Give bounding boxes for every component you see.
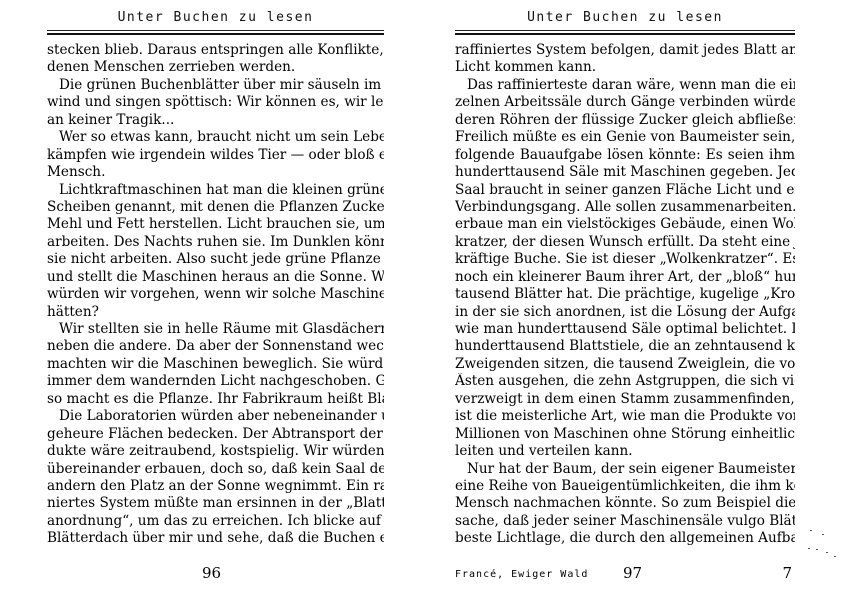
text-line: hunderttausend Blattstiele, die an zehnt…: [455, 338, 795, 355]
text-line: Saal braucht in seiner ganzen Fläche Lic…: [455, 182, 795, 199]
text-line: Zweigenden sitzen, die tausend Zweiglein…: [455, 356, 795, 373]
text-line: hunderttausend Säle mit Maschinen gegebe…: [455, 164, 795, 181]
text-line: wind und singen spöttisch: Wir können es…: [47, 94, 384, 111]
text-line: leiten und verteilen kann.: [455, 443, 795, 460]
header-rule: [47, 30, 384, 36]
text-line: sie nicht arbeiten. Also sucht jede grün…: [47, 251, 384, 268]
text-line: kämpfen wie irgendein wildes Tier — oder…: [47, 147, 384, 164]
text-line: Licht kommen kann.: [455, 59, 795, 76]
text-line: Mehl und Fett herstellen. Licht brauchen…: [47, 216, 384, 233]
right-page: Unter Buchen zu lesen raffiniertes Syste…: [455, 0, 795, 600]
text-line: so macht es die Pflanze. Ihr Fabrikraum …: [47, 391, 384, 408]
text-line: Nur hat der Baum, der sein eigener Baume…: [455, 461, 795, 478]
text-line: Wer so etwas kann, braucht nicht um sein…: [47, 129, 384, 146]
text-line: deren Röhren der flüssige Zucker gleich …: [455, 112, 795, 129]
text-line: dukte wäre zeitraubend, kostspielig. Wir…: [47, 443, 384, 460]
text-line: Millionen von Maschinen ohne Störung ein…: [455, 426, 795, 443]
text-line: Verbindungsgang. Alle sollen zusammenarb…: [455, 199, 795, 216]
text-line: wie man hunderttausend Säle optimal beli…: [455, 321, 795, 338]
text-line: kratzer, der diesen Wunsch erfüllt. Da s…: [455, 234, 795, 251]
text-line: hätten?: [47, 304, 384, 321]
left-page: Unter Buchen zu lesen stecken blieb. Dar…: [47, 0, 384, 600]
text-line: neben die andere. Da aber der Sonnenstan…: [47, 338, 384, 355]
text-line: an keiner Tragik...: [47, 112, 384, 129]
text-line: machten wir die Maschinen beweglich. Sie…: [47, 356, 384, 373]
text-line: tausend Blätter hat. Die prächtige, kuge…: [455, 286, 795, 303]
text-line: Das raffinierteste daran wäre, wenn man …: [455, 77, 795, 94]
text-line: erbaue man ein vielstöckiges Gebäude, ei…: [455, 216, 795, 233]
text-line: Mensch nachmachen könnte. So zum Beispie…: [455, 495, 795, 512]
text-line: Ästen ausgehen, die zehn Astgruppen, die…: [455, 373, 795, 390]
text-line: verzweigt in dem einen Stamm zusammenfin…: [455, 391, 795, 408]
text-line: folgende Bauaufgabe lösen könnte: Es sei…: [455, 147, 795, 164]
text-line: zelnen Arbeitssäle durch Gänge verbinden…: [455, 94, 795, 111]
signature-number: 7: [782, 564, 792, 582]
text-line: andern den Platz an der Sonne wegnimmt. …: [47, 478, 384, 495]
text-line: stecken blieb. Daraus entspringen alle K…: [47, 42, 384, 59]
text-line: übereinander erbauen, doch so, daß kein …: [47, 461, 384, 478]
text-line: kräftige Buche. Sie ist dieser „Wolkenkr…: [455, 251, 795, 268]
text-line: und stellt die Maschinen heraus an die S…: [47, 269, 384, 286]
text-line: Blätterdach über mir und sehe, daß die B…: [47, 530, 384, 547]
text-line: arbeiten. Des Nachts ruhen sie. Im Dunkl…: [47, 234, 384, 251]
text-line: Die Laboratorien würden aber nebeneinand…: [47, 408, 384, 425]
header-rule: [455, 30, 795, 36]
text-line: eine Reihe von Baueigentümlichkeiten, di…: [455, 478, 795, 495]
running-head: Unter Buchen zu lesen: [47, 10, 384, 25]
page-number: 96: [202, 564, 221, 582]
text-line: noch ein kleinerer Baum ihrer Art, der „…: [455, 269, 795, 286]
page-number: 97: [623, 564, 642, 582]
text-line: Wir stellten sie in helle Räume mit Glas…: [47, 321, 384, 338]
text-line: sache, daß jeder seiner Maschinensäle vu…: [455, 513, 795, 530]
body-text: stecken blieb. Daraus entspringen alle K…: [47, 42, 384, 548]
text-line: Lichtkraftmaschinen hat man die kleinen …: [47, 182, 384, 199]
text-line: beste Lichtlage, die durch den allgemein…: [455, 530, 795, 547]
text-line: Freilich müßte es ein Genie von Baumeist…: [455, 129, 795, 146]
text-line: Scheiben genannt, mit denen die Pflanzen…: [47, 199, 384, 216]
text-line: immer dem wandernden Licht nachgeschoben…: [47, 373, 384, 390]
text-line: Die grünen Buchenblätter über mir säusel…: [47, 77, 384, 94]
text-line: raffiniertes System befolgen, damit jede…: [455, 42, 795, 59]
text-line: würden wir vorgehen, wenn wir solche Mas…: [47, 286, 384, 303]
body-text: raffiniertes System befolgen, damit jede…: [455, 42, 795, 548]
scan-noise: [808, 530, 838, 570]
text-line: denen Menschen zerrieben werden.: [47, 59, 384, 76]
running-head: Unter Buchen zu lesen: [455, 10, 795, 25]
signature-title: Francé, Ewiger Wald: [455, 569, 588, 580]
text-line: in der sie sich anordnen, ist die Lösung…: [455, 304, 795, 321]
text-line: geheure Flächen bedecken. Der Abtranspor…: [47, 426, 384, 443]
text-line: ist die meisterliche Art, wie man die Pr…: [455, 408, 795, 425]
text-line: niertes System müßte man ersinnen in der…: [47, 495, 384, 512]
text-line: anordnung“, um das zu erreichen. Ich bli…: [47, 513, 384, 530]
text-line: Mensch.: [47, 164, 384, 181]
